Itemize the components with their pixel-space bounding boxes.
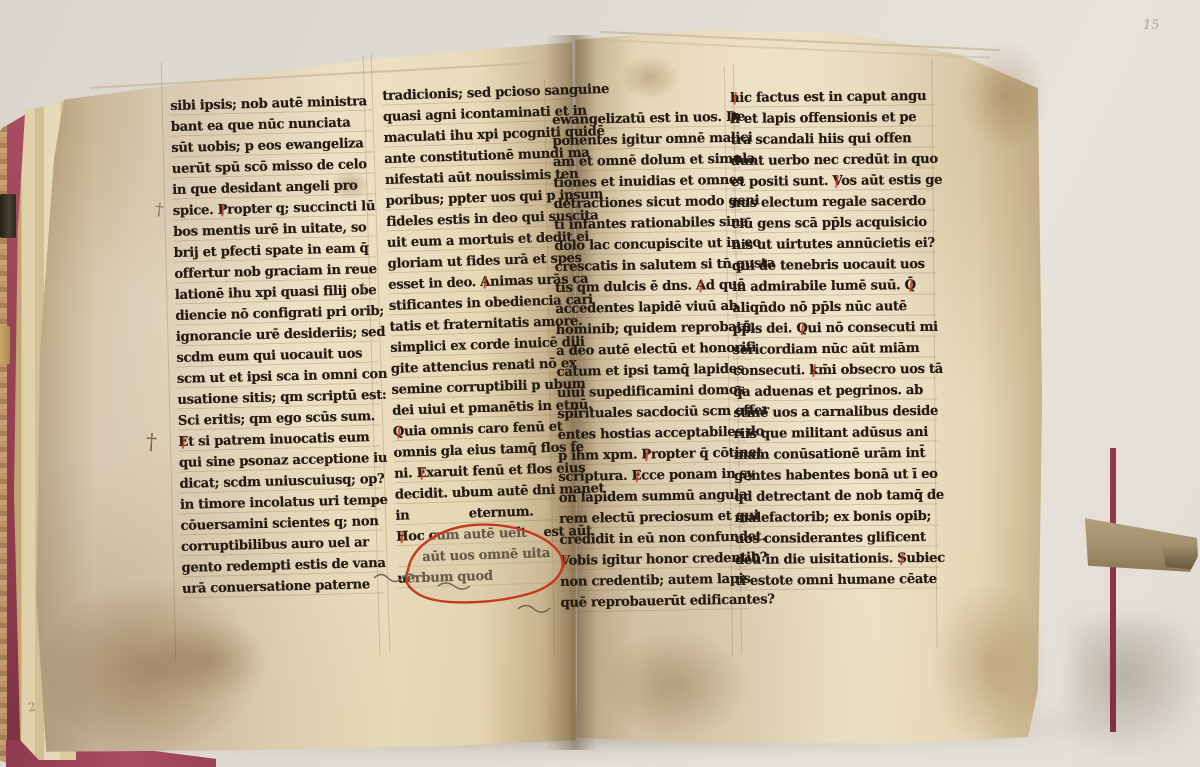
rubricated-initial: E [416,466,426,481]
manuscript-text-line: aliqn̄do nō pp̄ls nūc autē [732,296,936,319]
back-cover-crimson-sliver [1110,448,1116,732]
rubricated-initial: Q [796,321,807,336]
rubricated-initial: P [641,447,651,462]
manuscript-text-line: nus electum regale sacerdo [731,191,935,214]
rubricated-initial: E [631,468,641,483]
rubricated-initial: A [480,275,490,290]
manuscript-text-line: dunt uerbo nec credūt in quo [731,149,935,172]
manuscript-text-line: in admirabile lumē suū. Q̄ [732,275,936,298]
manuscript-text-line: mam conūsationē urām int̄ [734,443,938,466]
metal-clasp-remnant [0,194,16,238]
manuscript-text-line: ti estote omni humane cēate [735,569,939,592]
manuscript-text-line: uos considerantes glificent [735,527,939,550]
marginal-cross-mark: † [145,430,158,456]
marginal-cross-mark: † [154,200,165,221]
text-column-verso-1: sibi ipsis; nob autē ministrabant ea que… [170,91,384,600]
manuscript-text-line: sericordiam nūc aūt miām [733,338,937,361]
manuscript-text-line: et positi sunt. Vos aūt estis ge [731,170,935,193]
manuscript-text-line: malefactorib; ex bonis opib; [734,506,938,529]
manuscript-text-line: li et lapis offensionis et pe [730,107,934,130]
manuscript-photo: sibi ipsis; nob autē ministrabant ea que… [0,0,1200,767]
rubricated-initial: A [696,278,706,293]
manuscript-text-line: gentes habentes bonā ut ī eo [734,464,938,487]
rubricated-initial: Q [393,424,405,439]
manuscript-text-line: q̄a aduenas et pegrinos. ab [733,380,937,403]
rubricated-initial: k [809,363,818,378]
rubricated-initial: S [897,551,906,566]
rubricated-initial: E [178,435,188,450]
clasp-catch [0,326,10,364]
text-column-recto-2: hic factus est in caput anguli et lapis … [730,86,939,592]
manuscript-text-line: qd detrectant de nob tamq̄ de [734,485,938,508]
rubricated-initial: h [730,91,739,106]
rubricated-initial: Q [905,278,916,293]
manuscript-text-line: qui de tenebris uocauit uos [732,254,936,277]
manuscript-text-line: riis que militant adūsus ani [734,422,938,445]
manuscript-text-line: pp̄ls dei. Qui nō consecuti mi [732,317,936,340]
manuscript-text-line: consecuti. km̄i obsecro uos tā [733,359,937,382]
manuscript-text-line: deū in die uisitationis. Subiec [735,548,939,571]
rubricated-initial: V [832,174,841,189]
manuscript-text-line: ciū gens scā pp̄ls acquisicio [731,212,935,235]
manuscript-text-line: nis ut uirtutes annūcietis ei? [732,233,936,256]
manuscript-text-line: tra scandali hiis qui offen [730,128,934,151]
manuscript-text-line: hic factus est in caput angu [730,86,934,109]
rubricated-initial: P [217,203,227,218]
manuscript-text-line: stinē uos a carnalibus deside [733,401,937,424]
folio-number: 15 [1143,18,1160,33]
red-correction-outline [368,512,598,617]
